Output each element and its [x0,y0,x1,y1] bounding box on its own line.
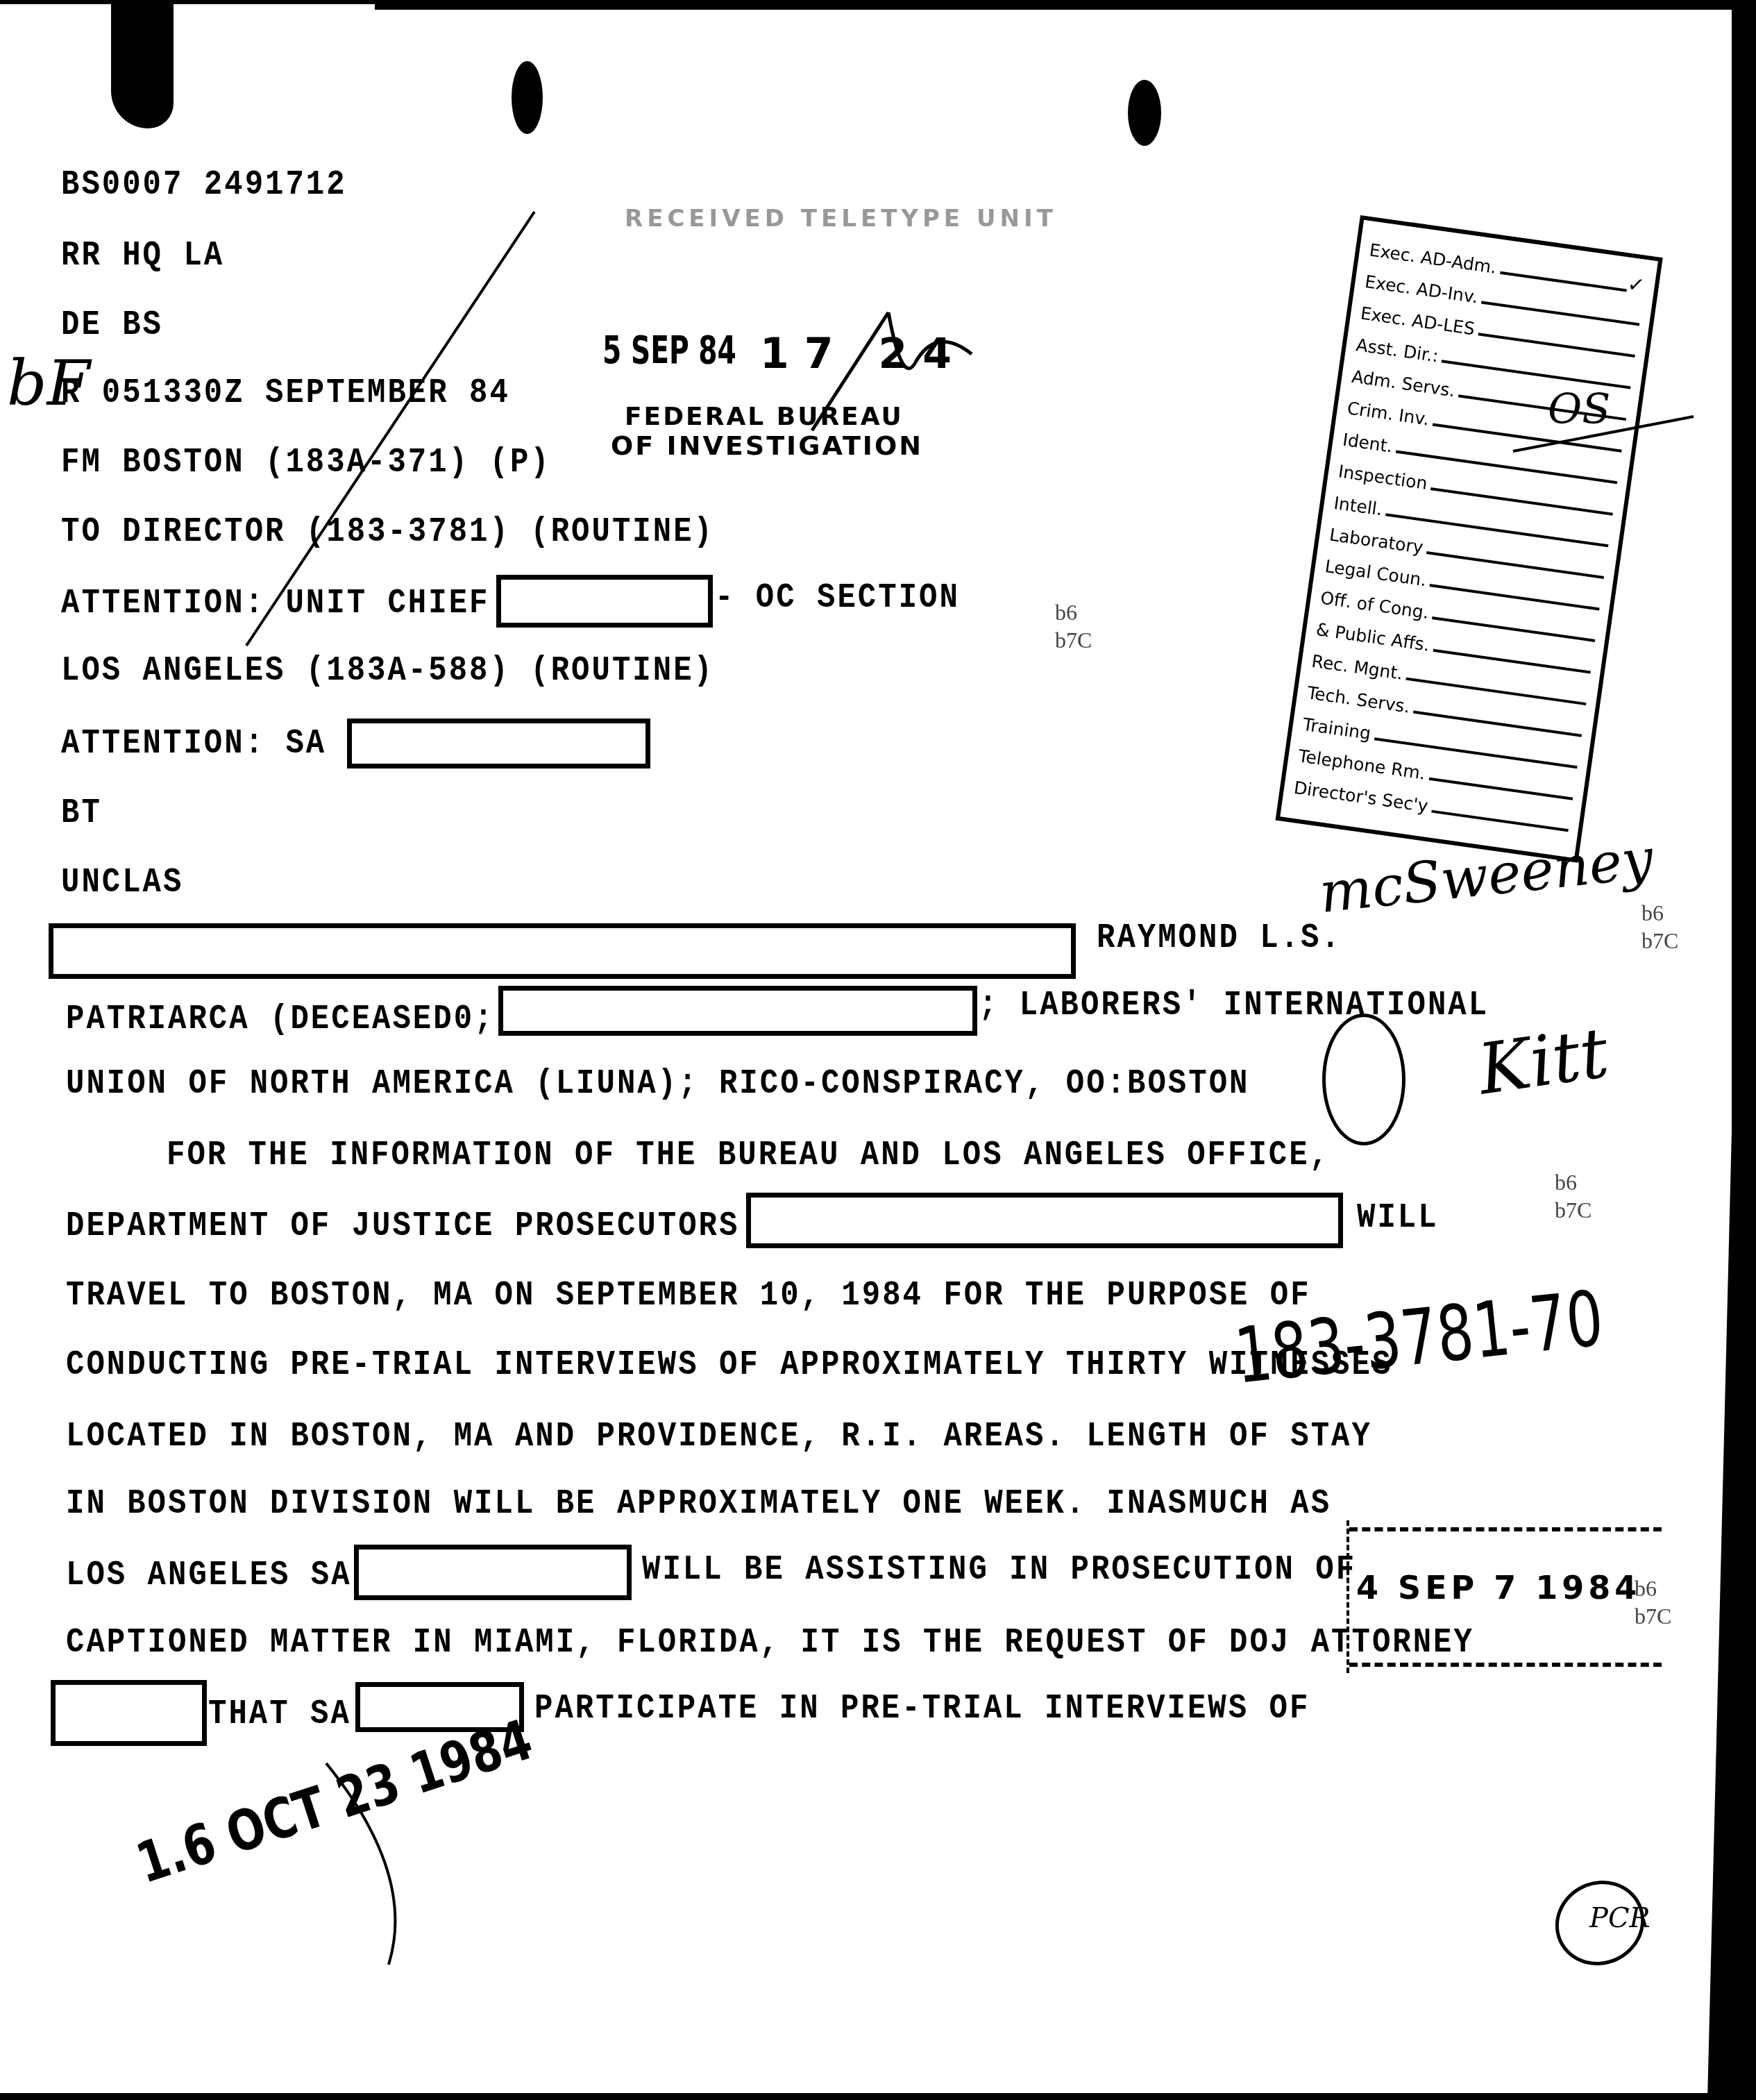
fbi-teletype-document: BS0007 2491712 RR HQ LA DE BS R 051330Z … [0,0,1756,2100]
indexed-date-stamp: 4 SEP 7 1984 [1346,1520,1662,1673]
indexed-date: 4 SEP 7 1984 [1356,1569,1641,1606]
pen-strokes [0,0,1756,2100]
